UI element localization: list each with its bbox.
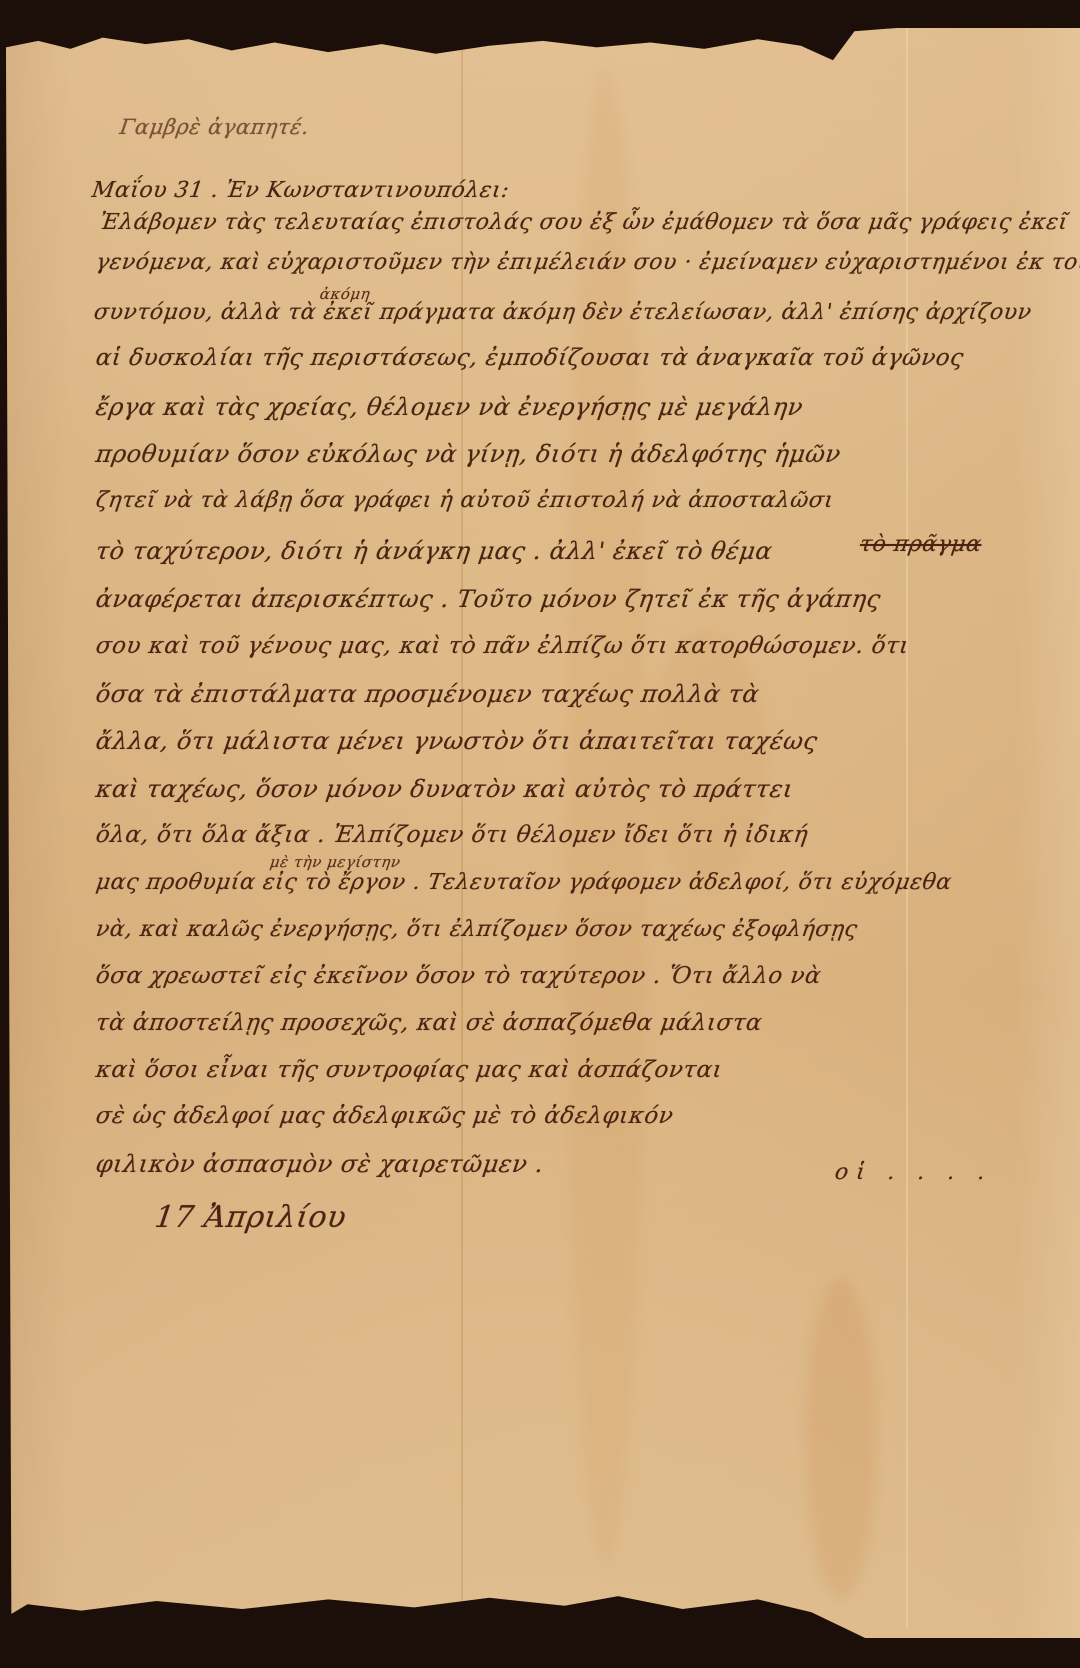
salutation-header: Γαμβρὲ ἀγαπητέ. <box>118 115 311 139</box>
body-line: γενόμενα, καὶ εὐχαριστοῦμεν τὴν ἐπιμέλει… <box>94 250 1080 275</box>
body-line: Ἐλάβομεν τὰς τελευταίας ἐπιστολάς σου ἐξ… <box>98 210 1069 235</box>
body-line: ἀναφέρεται ἀπερισκέπτως . Τοῦτο μόνον ζη… <box>94 585 883 613</box>
body-line: τὸ ταχύτερον, διότι ἡ ἀνάγκη μας . ἀλλ' … <box>94 537 774 565</box>
body-line: σὲ ὡς ἀδελφοί μας ἀδελφικῶς μὲ τὸ ἀδελφι… <box>94 1103 675 1129</box>
water-stain <box>646 628 766 888</box>
body-line: ὅσα τὰ ἐπιστάλματα προσμένομεν ταχέως πο… <box>94 680 761 708</box>
body-line: συντόμου, ἀλλὰ τὰ ἐκεῖ πράγματα ἀκόμη δὲ… <box>92 300 1033 325</box>
struck-text: τὸ πρᾶγμα <box>858 532 983 557</box>
signature: 17 Ἀπριλίου <box>153 1200 349 1235</box>
water-stain <box>566 68 646 1568</box>
body-line: ζητεῖ νὰ τὰ λάβῃ ὅσα γράφει ἡ αὐτοῦ ἐπισ… <box>94 488 835 513</box>
body-line: ἔργα καὶ τὰς χρείας, θέλομεν νὰ ἐνεργήσῃ… <box>94 393 805 421</box>
body-line: προθυμίαν ὅσον εὐκόλως νὰ γίνῃ, διότι ἡ … <box>94 440 843 468</box>
body-line: σου καὶ τοῦ γένους μας, καὶ τὸ πᾶν ἐλπίζ… <box>94 633 910 659</box>
body-line: καὶ ὅσοι εἶναι τῆς συντροφίας μας καὶ ἀσ… <box>94 1057 724 1083</box>
body-line: καὶ ταχέως, ὅσον μόνον δυνατὸν καὶ αὐτὸς… <box>94 775 795 803</box>
body-line: ὅσα χρεωστεῖ εἰς ἐκεῖνον ὅσον τὸ ταχύτερ… <box>94 963 823 989</box>
closing-mark: οἱ . . . . <box>833 1160 994 1185</box>
body-line: φιλικὸν ἀσπασμὸν σὲ χαιρετῶμεν . <box>94 1150 546 1178</box>
dateline: Μαΐου 31 . Ἐν Κωνσταντινουπόλει: <box>90 178 511 203</box>
body-line: μας προθυμία εἰς τὸ ἔργον . Τελευταῖον γ… <box>94 870 953 895</box>
interlinear-note: μὲ τὴν μεγίστην <box>269 853 402 871</box>
body-line: ἄλλα, ὅτι μάλιστα μένει γνωστὸν ὅτι ἀπαι… <box>94 727 819 755</box>
body-line: νὰ, καὶ καλῶς ἐνεργήσῃς, ὅτι ἐλπίζομεν ὅ… <box>94 917 859 942</box>
body-line: αἱ δυσκολίαι τῆς περιστάσεως, ἐμποδίζουσ… <box>94 345 965 371</box>
body-line: ὅλα, ὅτι ὅλα ἄξια . Ἐλπίζομεν ὅτι θέλομε… <box>94 822 810 848</box>
water-stain <box>806 1278 876 1598</box>
body-line: τὰ ἀποστείλῃς προσεχῶς, καὶ σὲ ἀσπαζόμεθ… <box>94 1010 764 1036</box>
